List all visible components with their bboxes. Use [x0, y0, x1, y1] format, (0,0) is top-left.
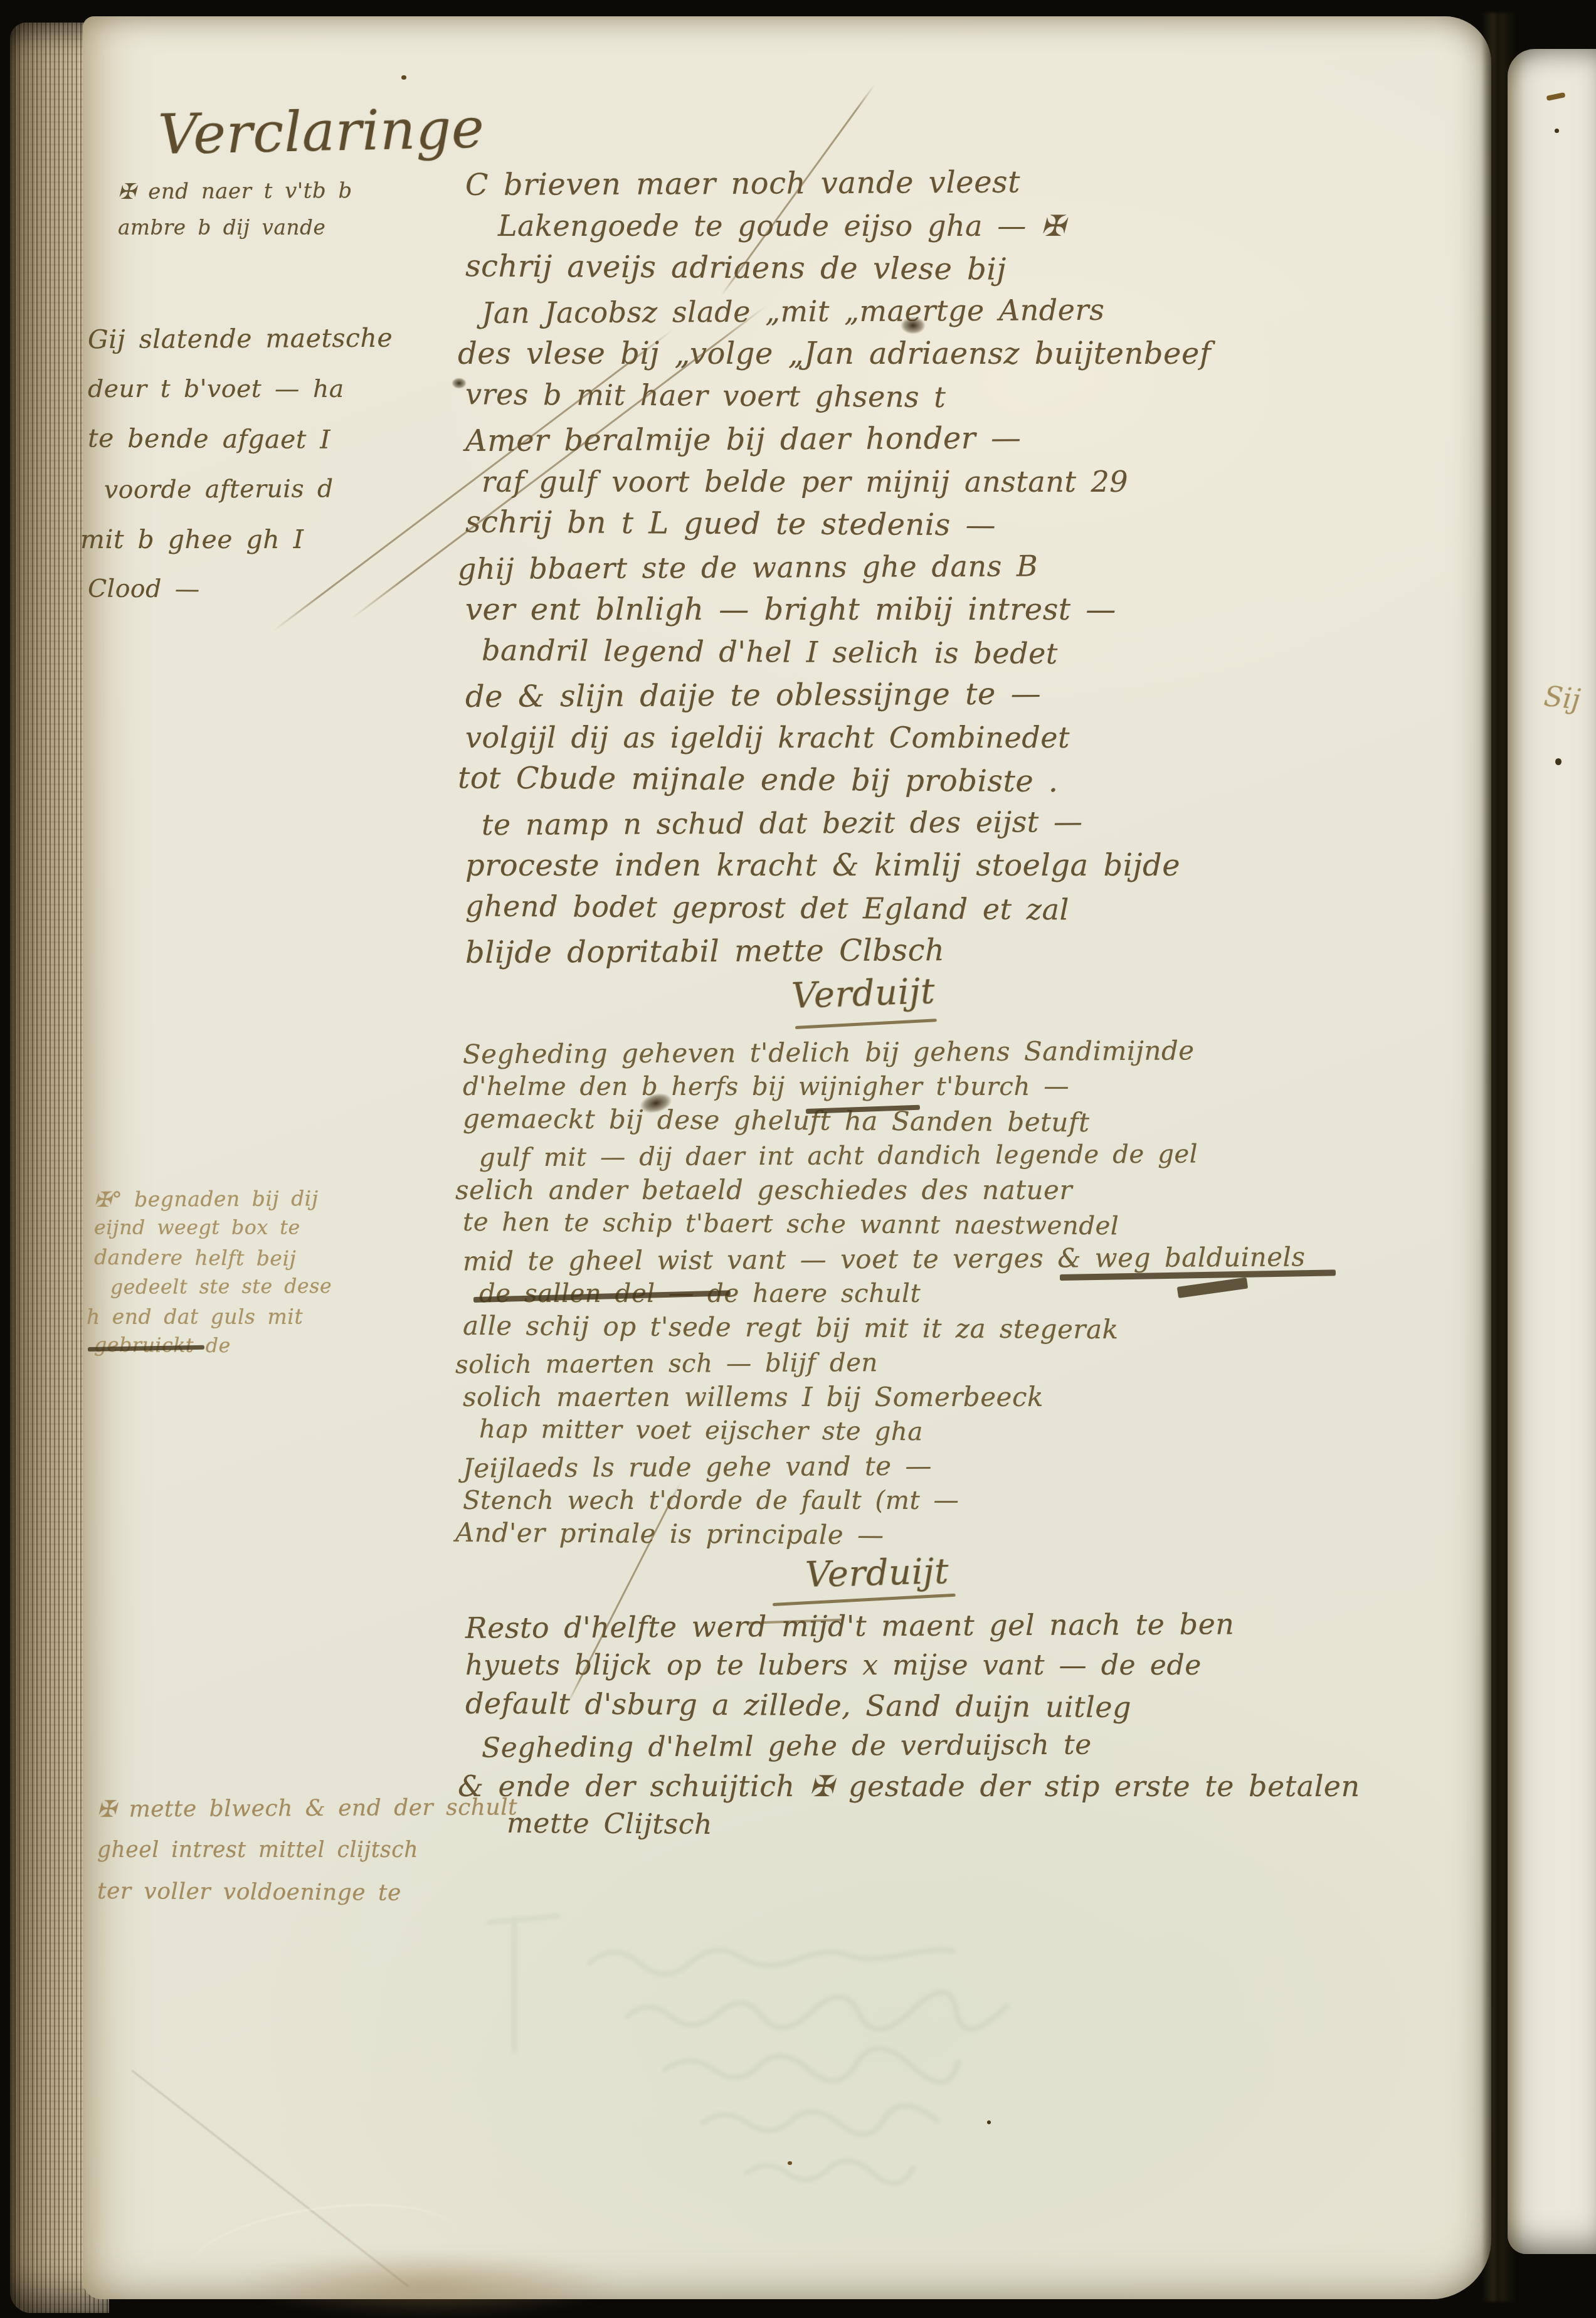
text-block-1: C brieven maer noch vande vleestLakengoe… [465, 162, 1211, 972]
handwritten-line: mette Clijtsch [507, 1804, 1360, 1849]
handwritten-line: ✠ mette blwech & end der schult [97, 1786, 517, 1831]
ink-speck [401, 75, 406, 80]
handwritten-line: schrij aveijs adriaens de vlese bij [465, 245, 1212, 292]
handwritten-line: & ende der schuijtich ✠ gestade der stip… [458, 1766, 1360, 1806]
margin-note-bottom: ✠ mette blwech & end der schultgheel int… [97, 1787, 517, 1913]
ink-speck [1555, 129, 1559, 133]
handwritten-line: dandere helft beij [94, 1242, 332, 1273]
handwritten-line: ghend bodet geprost det Egland et zal [465, 884, 1212, 931]
manuscript-photo: Verclaringe Verduijt Verduijt C brieven … [0, 0, 1596, 2318]
handwritten-line: blijde dopritabil mette Clbsch [465, 928, 1211, 974]
section-heading-2: Verduijt [805, 1551, 949, 1596]
handwritten-line: Gij slatende maetsche [88, 313, 393, 365]
handwritten-line: ✠ end naer t v'tb b [118, 172, 352, 210]
handwritten-line: gheel intrest mittel clijtsch [97, 1829, 517, 1871]
handwritten-line: ghij bbaert ste de wanns ghe dans B [458, 544, 1211, 590]
handwritten-line: solich maerten sch — blijf den [455, 1343, 1306, 1382]
ink-speck [1555, 758, 1562, 765]
handwritten-line: gedeelt ste ste dese [110, 1272, 332, 1303]
handwritten-line: ter voller voldoeninge te [97, 1870, 518, 1915]
handwritten-line: default d'sburg a zillede, Sand duijn ui… [465, 1683, 1360, 1729]
margin-note-top: ✠ end naer t v'tb bambre b dij vande [118, 173, 352, 246]
facing-page-edge [1508, 49, 1596, 2254]
handwritten-line: gulf mit — dij daer int acht dandich leg… [479, 1136, 1306, 1175]
handwritten-line: And'er prinale is principale — [455, 1515, 1306, 1555]
handwritten-line: ambre b dij vande [118, 209, 352, 246]
handwritten-line: mit b ghee gh I [80, 514, 393, 564]
handwritten-line: h end dat guls mit [87, 1302, 332, 1331]
page-title: Verclaringe [157, 96, 485, 167]
margin-note-upper: Gij slatende maetschedeur t b'voet — hat… [88, 314, 393, 615]
handwritten-line: Amer beralmije bij daer honder — [465, 416, 1211, 462]
handwritten-line: de & slijn daije te oblessijnge te — [465, 672, 1211, 718]
handwritten-line: Jeijlaeds ls rude gehe vand te — [463, 1446, 1306, 1485]
handwritten-line: vres b mit haer voert ghsens t [465, 373, 1212, 420]
handwritten-line: Segheding geheven t'delich bij gehens Sa… [463, 1032, 1306, 1071]
handwritten-line: te namp n schud dat bezit des eijst — [482, 800, 1211, 846]
handwritten-line: Segheding d'helml gehe de verduijsch te [482, 1723, 1360, 1768]
handwritten-line: deur t b'voet — ha [88, 364, 393, 414]
handwritten-line: bandril legend d'hel I selich is bedet [482, 628, 1212, 675]
handwritten-line: Jan Jacobsz slade „mit „maertge Anders [482, 288, 1211, 334]
margin-note-middle: ✠° begnaden bij dijeijnd weegt box tedan… [94, 1184, 332, 1361]
ink-blot [901, 317, 926, 334]
handwritten-line: eijnd weegt box te [94, 1214, 332, 1243]
handwritten-line: hap mitter voet eijscher ste gha [479, 1412, 1306, 1451]
handwritten-line: Lakengoede te goude eijso gha — ✠ [498, 204, 1211, 247]
handwritten-line: C brieven maer noch vande vleest [465, 160, 1211, 206]
handwritten-line: ver ent blnligh — bright mibij intrest — [465, 588, 1211, 631]
handwritten-line: des vlese bij „volge „Jan adriaensz buij… [458, 332, 1211, 375]
handwritten-line: voorde afteruis d [104, 463, 393, 515]
handwritten-line: schrij bn t L gued te stedenis — [465, 500, 1212, 548]
handwritten-line: te bende afgaet I [88, 413, 393, 465]
handwritten-line: d'helme den b herfs bij wijnigher t'burc… [463, 1069, 1305, 1104]
facing-page-text-fragment: Sij [1542, 680, 1582, 716]
handwritten-line: tot Cbude mijnale ende bij probiste . [458, 756, 1212, 803]
handwritten-line: Stench wech t'dorde de fault (mt — [463, 1483, 1305, 1518]
handwritten-line: ✠° begnaden bij dij [94, 1183, 332, 1214]
handwritten-line: raf gulf voort belde per mijnij anstant … [482, 460, 1211, 503]
handwritten-line: proceste inden kracht & kimlij stoelga b… [465, 844, 1211, 887]
handwritten-line: Clood — [88, 564, 393, 616]
handwritten-line: solich maerten willems I bij Somerbeeck [463, 1380, 1305, 1414]
handwritten-line: volgijl dij as igeldij kracht Combinedet [465, 716, 1211, 759]
ink-blot [452, 378, 467, 389]
handwritten-line: selich ander betaeld geschiedes des natu… [455, 1173, 1305, 1207]
handwritten-line: alle schij op t'sede regt bij mit it za … [463, 1308, 1306, 1348]
handwritten-line: te hen te schip t'baert sche wannt naest… [463, 1205, 1306, 1244]
ink-show-through [477, 1888, 1367, 2214]
handwritten-line: hyuets blijck op te lubers x mijse vant … [465, 1646, 1360, 1686]
section-heading-1: Verduijt [791, 971, 936, 1017]
